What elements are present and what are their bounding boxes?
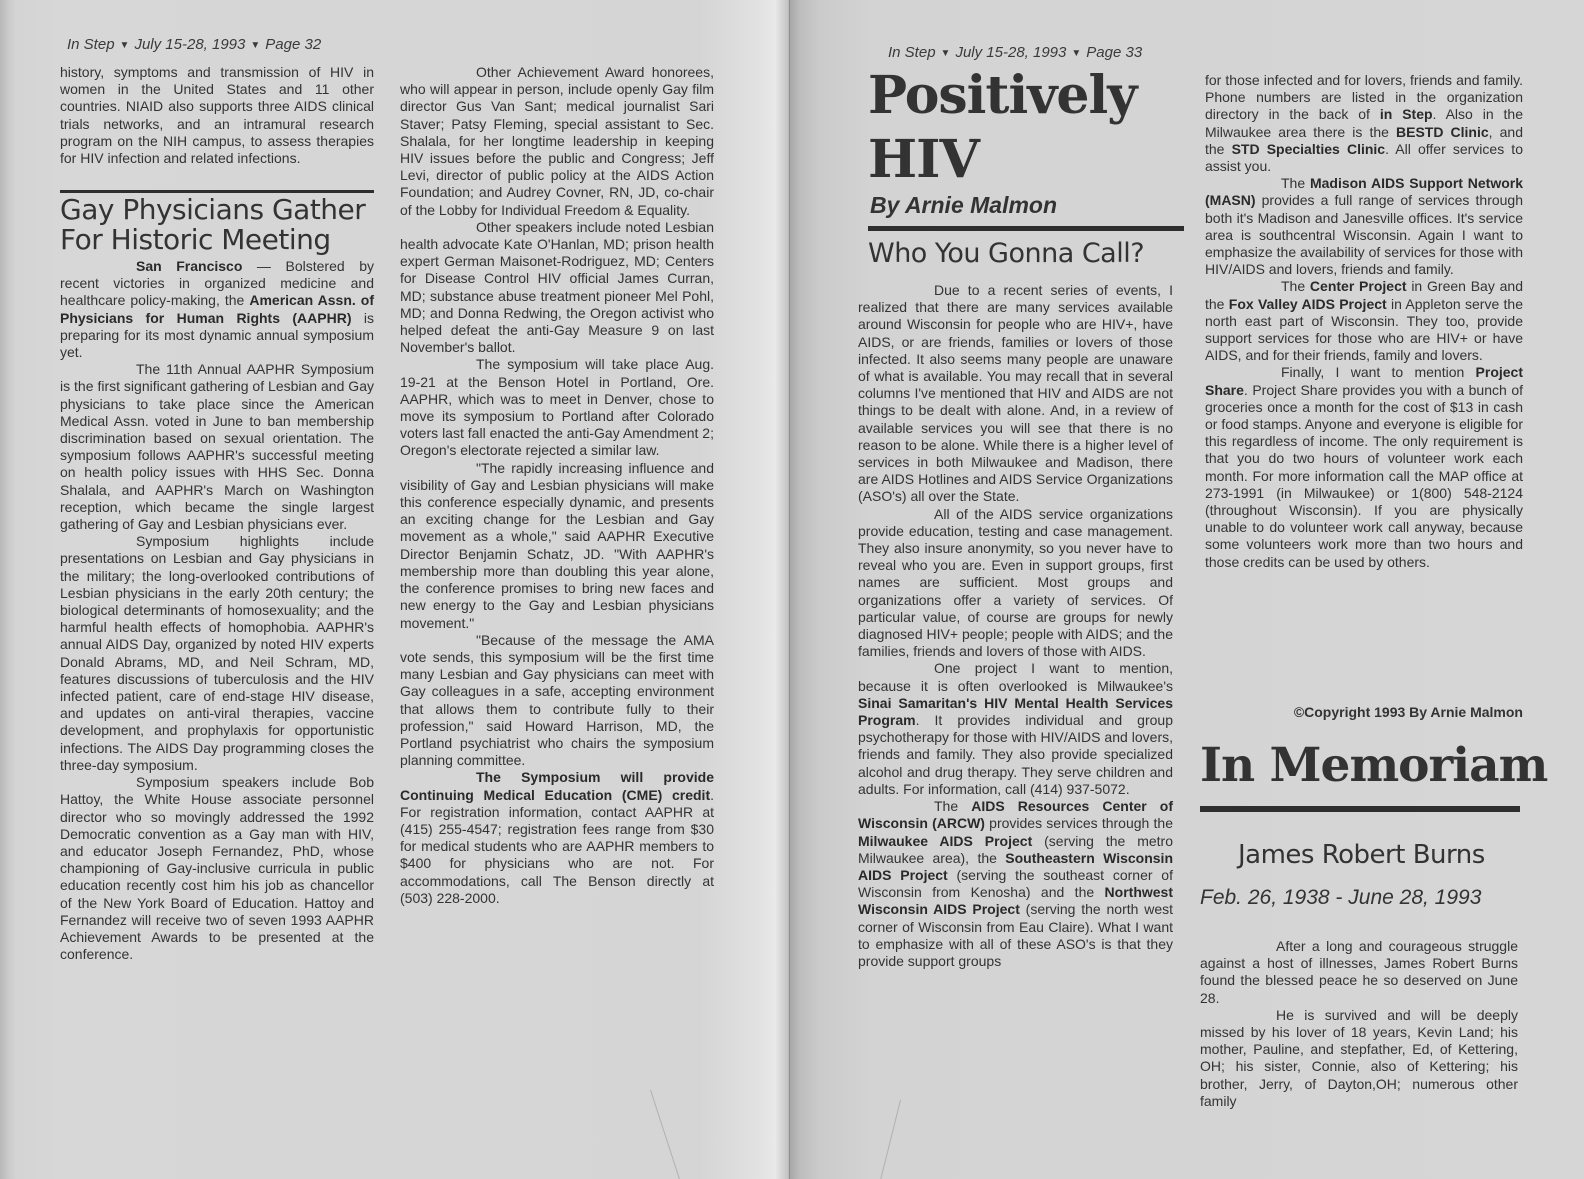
article-column-2: Other Achievement Award honorees, who wi…: [400, 64, 714, 907]
paragraph: The Madison AIDS Support Network (MASN) …: [1205, 175, 1523, 278]
paragraph: The Center Project in Green Bay and the …: [1205, 278, 1523, 364]
column-subhead: Who You Gonna Call?: [868, 238, 1144, 269]
byline: By Arnie Malmon: [870, 192, 1057, 219]
right-page: In Step▼July 15-28, 1993▼Page 33 Positiv…: [790, 0, 1584, 1179]
paragraph: Symposium highlights include presentatio…: [60, 533, 374, 774]
paragraph: The Symposium will provide Continuing Me…: [400, 769, 714, 907]
paragraph: "Because of the message the AMA vote sen…: [400, 632, 714, 770]
paragraph: "The rapidly increasing influence and vi…: [400, 460, 714, 632]
memoriam-name: James Robert Burns: [1238, 840, 1485, 870]
paragraph: Due to a recent series of events, I real…: [858, 282, 1173, 506]
folio-right: In Step▼July 15-28, 1993▼Page 33: [888, 44, 1142, 61]
paragraph: for those infected and for lovers, frien…: [1205, 72, 1523, 175]
paragraph: The symposium will take place Aug. 19-21…: [400, 356, 714, 459]
copyright-line: ©Copyright 1993 By Arnie Malmon: [1205, 704, 1523, 721]
paragraph: Symposium speakers include Bob Hattoy, t…: [60, 774, 374, 963]
memoriam-rule: [1200, 806, 1520, 812]
memoriam-title: In Memoriam: [1200, 738, 1547, 794]
memoriam-text: After a long and courageous struggle aga…: [1200, 938, 1518, 1110]
column-text-2: for those infected and for lovers, frien…: [1205, 72, 1523, 571]
paragraph: Other Achievement Award honorees, who wi…: [400, 64, 714, 219]
paragraph: San Francisco — Bolstered by recent vict…: [60, 258, 374, 361]
down-triangle-icon: ▼: [250, 40, 260, 51]
page-crease: [879, 1100, 901, 1179]
paragraph: The AIDS Resources Center of Wisconsin (…: [858, 798, 1173, 970]
article-column-1: San Francisco — Bolstered by recent vict…: [60, 258, 374, 963]
continued-text: history, symptoms and transmission of HI…: [60, 64, 374, 167]
article-headline: Gay Physicians Gather For Historic Meeti…: [60, 195, 365, 255]
down-triangle-icon: ▼: [120, 40, 130, 51]
paragraph: One project I want to mention, because i…: [858, 660, 1173, 798]
memoriam-dates: Feb. 26, 1938 - June 28, 1993: [1200, 886, 1481, 910]
paragraph: Finally, I want to mention Project Share…: [1205, 364, 1523, 570]
paragraph: All of the AIDS service organizations pr…: [858, 506, 1173, 661]
page-crease: [650, 1090, 680, 1179]
left-page: In Step▼July 15-28, 1993▼Page 32 history…: [0, 0, 790, 1179]
column-text-1: Due to a recent series of events, I real…: [858, 282, 1173, 970]
down-triangle-icon: ▼: [941, 48, 951, 59]
paragraph: The 11th Annual AAPHR Symposium is the f…: [60, 361, 374, 533]
byline-rule: [868, 226, 1184, 231]
folio-left: In Step▼July 15-28, 1993▼Page 32: [67, 36, 321, 53]
column-title: Positively HIV: [868, 64, 1136, 192]
paragraph: Other speakers include noted Lesbian hea…: [400, 219, 714, 357]
down-triangle-icon: ▼: [1071, 48, 1081, 59]
